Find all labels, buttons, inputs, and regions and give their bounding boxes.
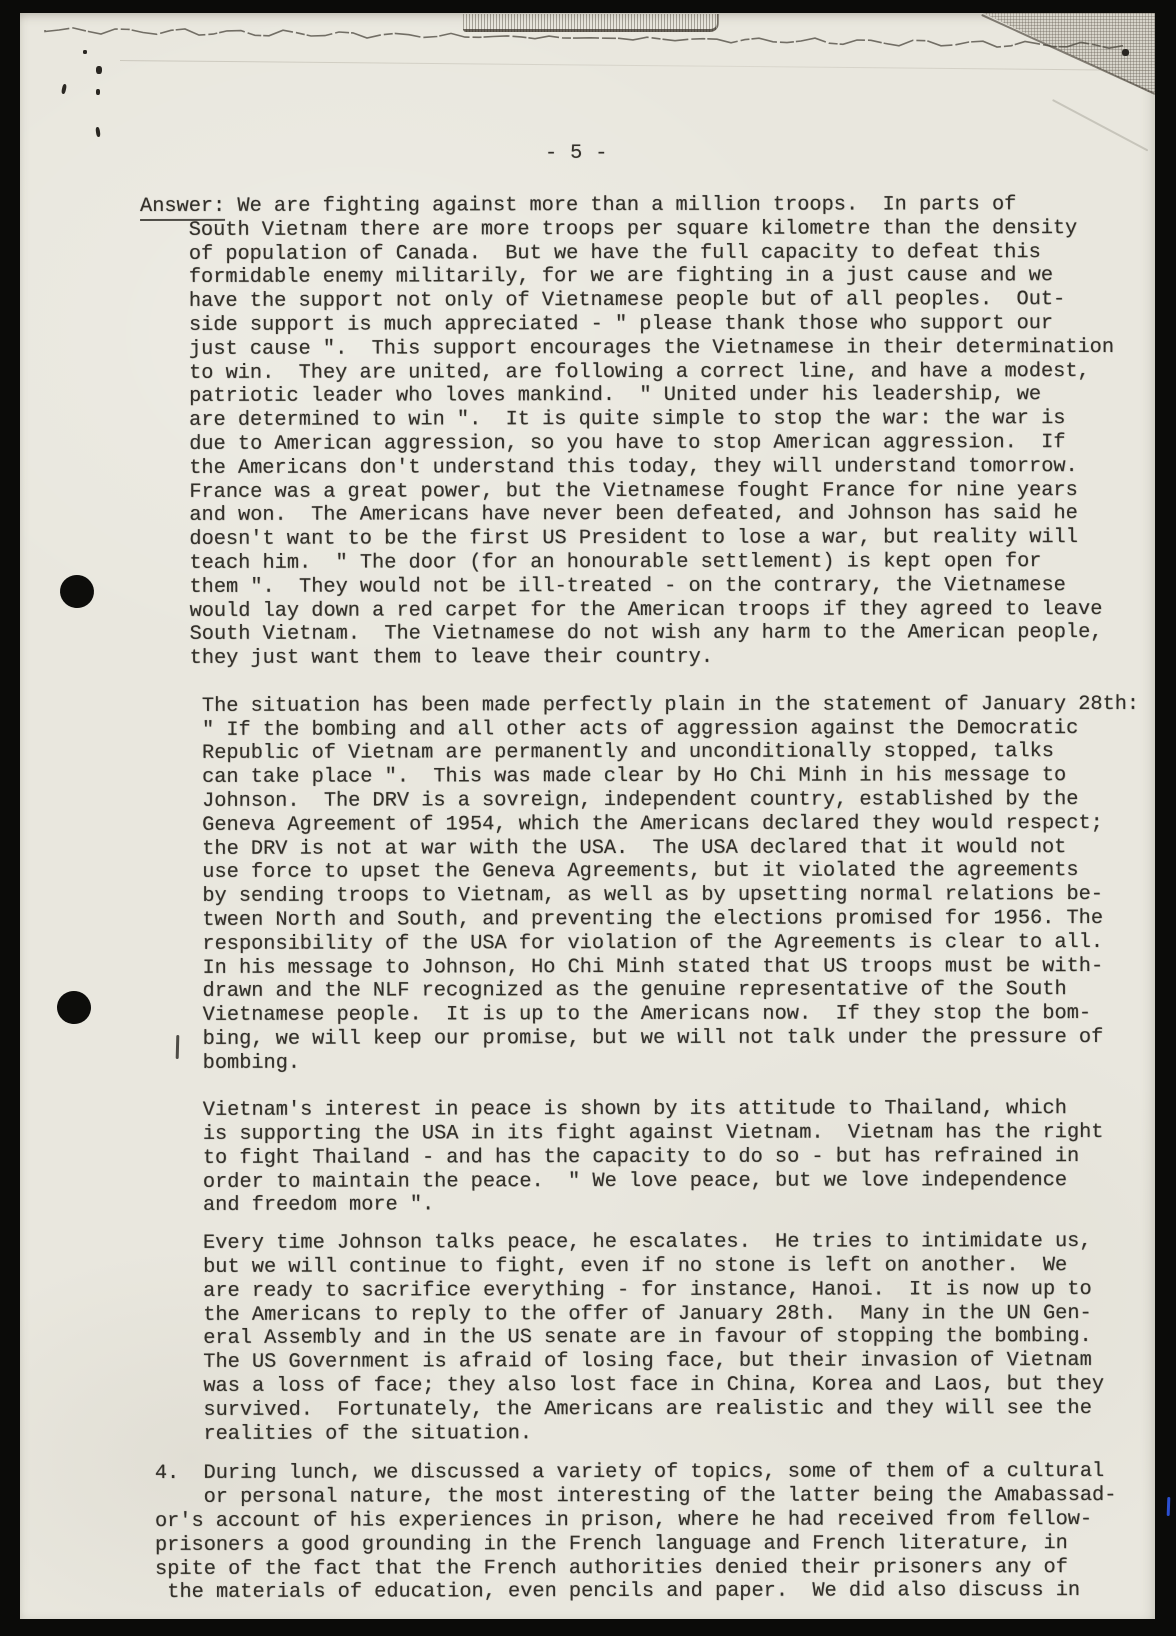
text-line: would lay down a red carpet for the Amer… [141, 597, 1161, 623]
text-line: Vietnam's interest in peace is shown by … [142, 1097, 1162, 1123]
text-line: the DRV is not at war with the USA. The … [141, 835, 1161, 861]
punch-hole-bottom [55, 989, 93, 1026]
text-line: South Vietnam there are more troops per … [140, 217, 1160, 243]
text-line: " If the bombing and all other acts of a… [141, 716, 1161, 742]
text-line: side support is much appreciated - " ple… [140, 312, 1160, 338]
text-line: Vietnamese people. It is up to the Ameri… [142, 1002, 1162, 1028]
text-line: the Americans to reply to the offer of J… [142, 1302, 1162, 1328]
scanned-document-photo: { "page": { "number_label": "- 5 -", "pa… [0, 0, 1176, 1636]
text-line: bing, we will keep our promise, but we w… [142, 1026, 1162, 1052]
text-line: are determined to win ". It is quite sim… [140, 407, 1160, 433]
text-line: prisoners a good grounding in the French… [143, 1532, 1163, 1558]
ink-speck [95, 127, 100, 137]
text-line: the materials of education, even pencils… [143, 1579, 1163, 1605]
text-line: The situation has been made perfectly pl… [141, 693, 1161, 719]
text-line: can take place ". This was made clear by… [141, 764, 1161, 790]
paragraph: The situation has been made perfectly pl… [141, 693, 1162, 1076]
text-line: was a loss of face; they also lost face … [142, 1373, 1162, 1399]
text-line: teach him. " The door (for an honourable… [141, 550, 1161, 576]
text-line: responsibility of the USA for violation … [142, 931, 1162, 957]
text-line: of population of Canada. But we have the… [140, 240, 1160, 266]
text-line: In his message to Johnson, Ho Chi Minh s… [142, 954, 1162, 980]
paragraph: Every time Johnson talks peace, he escal… [142, 1230, 1162, 1446]
text-line: patriotic leader who loves mankind. " Un… [140, 383, 1160, 409]
text-line: Geneva Agreement of 1954, which the Amer… [141, 812, 1161, 838]
text-line: they just want them to leave their count… [141, 645, 1161, 671]
text-line: 4. During lunch, we discussed a variety … [143, 1460, 1163, 1486]
text-line: have the support not only of Vietnamese … [140, 288, 1160, 314]
text-line: but we will continue to fight, even if n… [142, 1254, 1162, 1280]
text-line: tween North and South, and preventing th… [141, 907, 1161, 933]
text-line: and freedom more ". [142, 1192, 1162, 1218]
text-line: Republic of Vietnam are permanently and … [141, 740, 1161, 766]
paper-page: - 5 - Answer: We are fighting against mo… [20, 13, 1155, 1619]
text-line: realities of the situation. [143, 1421, 1163, 1447]
text-line: Johnson. The DRV is a sovreign, independ… [141, 788, 1161, 814]
ink-speck [61, 84, 67, 95]
text-line: use force to upset the Geneva Agreements… [141, 859, 1161, 885]
text-line: or personal nature, the most interesting… [143, 1484, 1163, 1510]
ink-speck [1122, 49, 1129, 56]
text-line: is supporting the USA in its fight again… [142, 1121, 1162, 1147]
text-line: eral Assembly and in the US senate are i… [142, 1325, 1162, 1351]
paragraph: Answer: We are fighting against more tha… [140, 193, 1161, 671]
paragraph: Vietnam's interest in peace is shown by … [142, 1097, 1162, 1218]
text-line: just cause ". This support encourages th… [140, 336, 1160, 362]
text-line: doesn't want to be the first US Presiden… [141, 526, 1161, 552]
text-line: to fight Thailand - and has the capacity… [142, 1145, 1162, 1171]
ink-speck [96, 89, 100, 95]
text-line: order to maintain the peace. " We love p… [142, 1169, 1162, 1195]
corner-fold-shadow [1052, 99, 1148, 151]
text-line: them ". They would not be ill-treated - … [141, 574, 1161, 600]
text-line: bombing. [142, 1050, 1162, 1076]
ink-speck [96, 66, 102, 74]
page-number: - 5 - [545, 142, 608, 165]
text-line: drawn and the NLF recognized as the genu… [142, 978, 1162, 1004]
text-line: France was a great power, but the Vietna… [141, 478, 1161, 504]
text-line: formidable enemy militarily, for we are … [140, 264, 1160, 290]
text-line: by sending troops to Vietnam, as well as… [141, 883, 1161, 909]
text-line: The US Government is afraid of losing fa… [142, 1349, 1162, 1375]
text-line: or's account of his experiences in priso… [143, 1508, 1163, 1534]
text-line: Every time Johnson talks peace, he escal… [142, 1230, 1162, 1256]
answer-label: Answer: [140, 195, 225, 221]
text-line: spite of the fact that the French author… [143, 1555, 1163, 1581]
punch-hole-top [58, 573, 96, 610]
text-line: to win. They are united, are following a… [140, 359, 1160, 385]
text-line: due to American aggression, so you have … [140, 431, 1160, 457]
text-line: the Americans don't understand this toda… [141, 455, 1161, 481]
blue-pen-mark [1167, 1497, 1171, 1516]
text-line: and won. The Americans have never been d… [141, 502, 1161, 528]
text-line: survived. Fortunately, the Americans are… [143, 1397, 1163, 1423]
ink-speck [83, 50, 87, 54]
text-line: are ready to sacrifice everything - for … [142, 1278, 1162, 1304]
document-text: Answer: We are fighting against more tha… [140, 193, 1163, 1605]
text-line: South Vietnam. The Vietnamese do not wis… [141, 621, 1161, 647]
text-line: Answer: We are fighting against more tha… [140, 193, 1160, 219]
paragraph: 4. During lunch, we discussed a variety … [143, 1460, 1163, 1605]
